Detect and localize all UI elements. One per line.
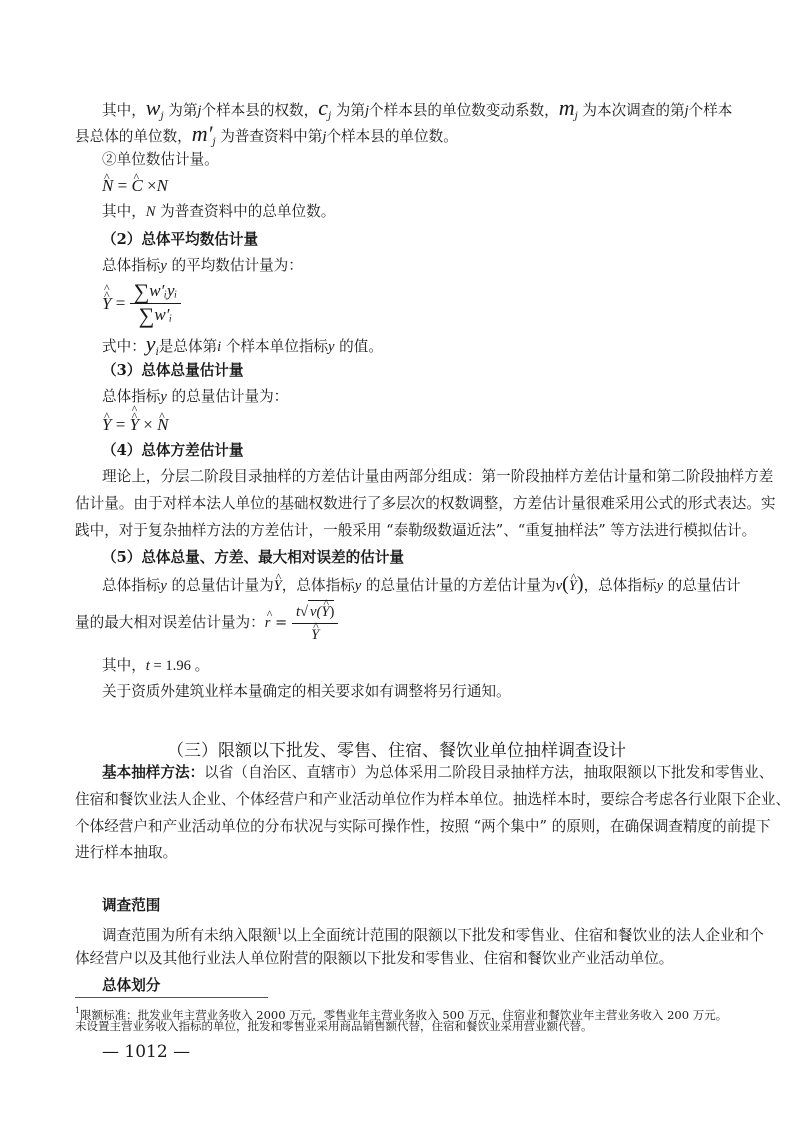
equals: = <box>113 176 131 195</box>
scope-line-2: 体经营户以及其他行业法人单位附营的限额以下批发和零售业、住宿和餐饮业产业活动单位… <box>75 949 720 969</box>
math-n-hat: N <box>157 415 168 435</box>
text: 为第 <box>164 102 198 119</box>
sum-symbol: ∑ <box>134 279 150 304</box>
text: 总体指标 <box>102 577 160 594</box>
sqrt-symbol: √ <box>300 604 308 620</box>
math-m-prime: m′ <box>192 121 213 146</box>
math-y: Y <box>102 294 111 313</box>
max-error-line-1: 总体指标y 的总量估计量为Y，总体指标y 的总量估计量的方差估计量为v(Y)，总… <box>102 574 720 596</box>
math-c: c <box>318 95 328 120</box>
paren-close: ) <box>577 573 584 595</box>
text: ，总体指标 <box>584 577 657 594</box>
math-m: m <box>559 95 575 120</box>
math-y-hat: Y <box>311 624 319 646</box>
math-r-hat: r <box>265 612 271 634</box>
basic-method-line-4: 进行样本抽取。 <box>75 843 720 863</box>
math-y: Y <box>130 415 139 434</box>
fraction: ∑w′ᵢyᵢ∑w′ᵢ <box>130 280 182 327</box>
variance-para-line-1: 理论上，分层二阶段目录抽样的方差估计量由两部分组成：第一阶段抽样方差估计量和第二… <box>102 467 720 487</box>
equals: = <box>111 294 129 313</box>
heading-max-error-estimator: （5）总体总量、方差、最大相对误差的估计量 <box>102 548 720 568</box>
text: 总体指标 <box>102 257 160 274</box>
text: 为普查资料中的总单位数。 <box>156 203 336 220</box>
formula-total: Y = Y × N <box>102 415 720 435</box>
formula-mean: Y = ∑w′ᵢyᵢ∑w′ᵢ <box>102 280 720 327</box>
text: 其中， <box>102 657 146 674</box>
math-denominator: w′ᵢ <box>154 305 172 324</box>
footnote-divider <box>75 997 268 998</box>
math-c-hat: C <box>131 176 142 196</box>
variance-para-line-3: 践中，对于复杂抽样方法的方差估计，一般采用 “泰勒级数逼近法”、“重复抽样法” … <box>75 521 720 541</box>
denominator: Y <box>292 624 338 646</box>
basic-method-line-1: 基本抽样方法：以省（自治区、直辖市）为总体采用二阶段目录抽样方法，抽取限额以下批… <box>102 763 720 783</box>
math-y-hat: Y <box>569 576 577 596</box>
footnote-line-2: 未设置主营业务收入指标的单位，批发和零售业采用商品销售额代替，住宿和餐饮业采用营… <box>75 1019 593 1034</box>
paren-close: ) <box>329 604 334 620</box>
text: 县总体的单位数， <box>75 128 192 145</box>
t-value-note: 其中，t = 1.96 。 <box>102 656 720 676</box>
text: 的总量估计量的方差估计量为 <box>361 577 555 594</box>
text: ，总体指标 <box>282 577 355 594</box>
text: 的总量估计量为 <box>167 577 274 594</box>
text: 是总体第 <box>159 338 217 355</box>
text: 式中： <box>102 338 146 355</box>
weights-definition-line-2: 县总体的单位数，m′j 为普查资料中第j个样本县的单位数。 <box>75 124 720 153</box>
sum-symbol: ∑ <box>139 303 155 328</box>
math-value: = 1.96 。 <box>150 658 209 674</box>
text: 其中， <box>102 102 146 119</box>
text: 为本次调查的第 <box>578 102 685 119</box>
item-2-heading: ②单位数估计量。 <box>102 150 720 170</box>
numerator: ∑w′ᵢyᵢ <box>130 280 182 304</box>
max-error-line-2: 量的最大相对误差估计量为：r = t√v(Y)Y <box>75 600 720 646</box>
basic-method-line-2: 住宿和餐饮业法人企业、个体经营户和产业活动单位作为样本单位。抽选样本时，要综合考… <box>75 790 720 810</box>
text: 为第 <box>331 102 365 119</box>
text: 个样本县的单位数变动系数， <box>369 102 559 119</box>
paren-open: ( <box>562 573 569 595</box>
text: 的总量估计量为： <box>167 388 288 405</box>
text: 量的最大相对误差估计量为： <box>75 614 265 631</box>
text: 个样本县的权数， <box>201 102 318 119</box>
scope-heading: 调查范围 <box>102 896 720 916</box>
text: 调查范围为所有未纳入限额 <box>102 927 277 944</box>
text: 以上全面统计范围的限额以下批发和零售业、住宿和餐饮业的法人企业和个 <box>282 927 764 944</box>
heading-variance-estimator: （4）总体方差估计量 <box>102 441 720 461</box>
text: 的平均数估计量为： <box>167 257 303 274</box>
math-y-double-hat: Y <box>102 293 111 315</box>
page-number: — 1012 — <box>102 1042 190 1062</box>
adjustment-notice: 关于资质外建筑业样本量确定的相关要求如有调整将另行通知。 <box>102 682 720 702</box>
heading-mean-estimator: （2）总体平均数估计量 <box>102 230 720 250</box>
math-y-hat: Y <box>321 601 329 623</box>
math-n: N <box>157 176 168 195</box>
heading-total-estimator: （3）总体总量估计量 <box>102 361 720 381</box>
sqrt-body: v(Y) <box>308 600 334 623</box>
text: 个样本 <box>689 102 733 119</box>
math-n: N <box>146 204 156 220</box>
mean-intro: 总体指标y 的平均数估计量为： <box>102 256 720 276</box>
text: 的总量估计 <box>663 577 741 594</box>
variance-para-line-2: 估计量。由于对样本法人单位的基础权数进行了多层次的权数调整，方差估计量很难采用公… <box>75 494 720 514</box>
basic-method-line-3: 个体经营户和产业活动单位的分布状况与实际可操作性，按照 “两个集中” 的原则，在… <box>75 817 720 837</box>
times: × <box>143 176 157 195</box>
math-y-double-hat: Y <box>130 415 139 435</box>
math-numerator: w′ᵢyᵢ <box>149 281 177 300</box>
n-note: 其中，N 为普查资料中的总单位数。 <box>102 202 720 222</box>
basic-method-label: 基本抽样方法： <box>102 764 204 781</box>
mean-note: 式中：yi是总体第i 个样本单位指标y 的值。 <box>102 334 720 363</box>
math-n-hat: N <box>102 176 113 196</box>
text: 个样本单位指标 <box>221 338 328 355</box>
division-heading: 总体划分 <box>102 976 720 996</box>
text: 为普查资料中第 <box>216 128 323 145</box>
equals: = <box>111 415 129 434</box>
math-y-hat: Y <box>102 415 111 435</box>
math-w: w <box>146 95 161 120</box>
formula-n-hat: N = C ×N <box>102 176 720 196</box>
scope-line-1: 调查范围为所有未纳入限额1以上全面统计范围的限额以下批发和零售业、住宿和餐饮业的… <box>102 922 720 946</box>
math-y-hat: Y <box>274 576 282 596</box>
math-y: y <box>146 331 156 356</box>
denominator: ∑w′ᵢ <box>130 304 182 327</box>
equals: = <box>270 614 292 631</box>
fraction: t√v(Y)Y <box>292 600 338 646</box>
text: 个样本县的单位数。 <box>326 128 457 145</box>
section-title: （三）限额以下批发、零售、住宿、餐饮业单位抽样调查设计 <box>0 736 793 761</box>
text: 其中， <box>102 203 146 220</box>
total-intro: 总体指标y 的总量估计量为： <box>102 387 720 407</box>
text: 以省（自治区、直辖市）为总体采用二阶段目录抽样方法，抽取限额以下批发和零售业、 <box>204 764 773 781</box>
times: × <box>139 415 157 434</box>
text: 的值。 <box>335 338 383 355</box>
